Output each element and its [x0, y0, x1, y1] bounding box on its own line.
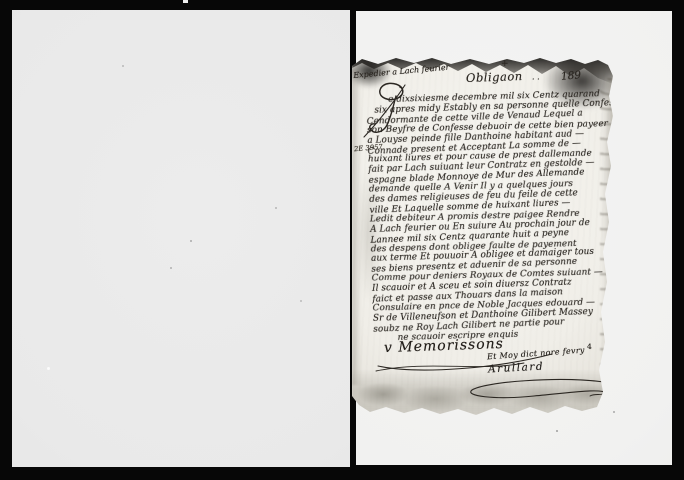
paper-speck [556, 430, 558, 432]
paper-speck [122, 65, 124, 67]
manuscript-body: e dixsixiesme decembre mil six Centz qua… [366, 88, 618, 356]
signature-paraph [462, 376, 612, 402]
paper-speck [275, 207, 277, 209]
film-edge-notch [183, 0, 188, 3]
paper-speck [47, 367, 50, 370]
manuscript-page: Expedier a Lach feurier + Obligaon · · 1… [352, 54, 613, 415]
paper-speck [190, 240, 192, 242]
paper-speck [170, 267, 172, 269]
left-blank-page [12, 10, 350, 467]
doc-type-label: Obligaon [466, 69, 523, 85]
doc-type-dots: · · [532, 75, 540, 84]
paper-speck [613, 411, 615, 413]
paper-speck [300, 300, 302, 302]
signature-note-mark: 4 [587, 342, 592, 351]
microfilm-scan: Expedier a Lach feurier + Obligaon · · 1… [0, 0, 684, 480]
cross-mark: + [501, 59, 509, 69]
page-number: 189 [561, 69, 582, 83]
